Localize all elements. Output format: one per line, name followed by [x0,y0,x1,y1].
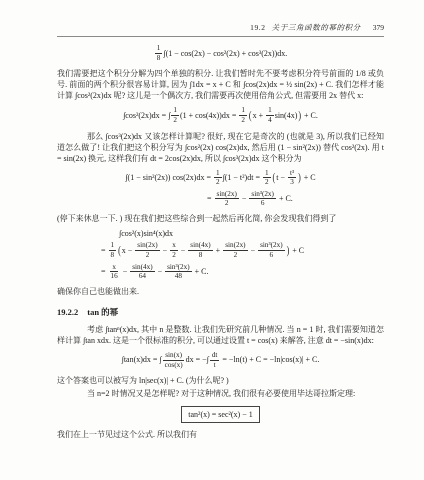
fraction: sin(4x)64 [130,263,154,281]
paragraph-cos-cubed: 那么 ∫cos³(2x)dx 又该怎样计算呢? 很好, 现在它是奇次的 (也就是… [57,131,384,164]
fraction: 12 [263,169,271,187]
math-text: + [214,246,223,255]
section-heading-title: tan 的幂 [87,307,118,318]
equation-tan-integral: ∫tan(x)dx = ∫ sin(x)cos(x) dx = −∫ dtt =… [57,351,384,369]
fraction: dtt [210,351,220,369]
equation-substitution-line2: = sin(2x)2 − sin³(2x)6 + C. [57,190,384,208]
math-text: t − [276,173,287,182]
math-text: ∫(1 − sin²(2x)) cos(2x)dx = [125,173,213,182]
math-text: − [179,246,188,255]
fraction: 14 [266,106,274,124]
section-heading: 19.2.2 tan 的幂 [57,307,384,318]
running-head: 19.2关于三角函数的幂的积分 [250,22,361,33]
boxed-formula-wrap: tan²(x) = sec²(x) − 1 [57,406,384,423]
equation-substitution-block: ∫(1 − sin²(2x)) cos(2x)dx = 12 ∫(1 − t²)… [57,169,384,209]
right-paren: ) [298,171,301,185]
math-text: ∫(1 − cos(2x) − cos²(2x) + cos³(2x))dx. [163,49,287,58]
math-text: dx = −∫ [186,355,209,364]
paragraph-closing: 我们在上一节见过这个公式. 所以我们有 [57,429,384,440]
math-text: + C [290,246,304,255]
math-text: + C. [302,111,318,120]
page-number: 379 [373,22,384,33]
book-page: 19.2关于三角函数的幂的积分 379 18 ∫(1 − cos(2x) − c… [0,0,424,480]
running-head-title: 关于三角函数的幂的积分 [272,23,361,32]
math-text: (1 + cos(4x))dx = [180,111,238,120]
fraction: sin³(2x)48 [165,263,192,281]
fraction: 18 [155,44,163,62]
fraction: sin(2x)2 [223,241,247,259]
fraction: sin(2x)2 [215,190,239,208]
equation-combined-line2: = 18 ( x − sin(2x)2 − x2 − sin(4x)8 + si… [57,241,384,259]
fraction: x2 [170,241,178,259]
math-text: = [207,194,214,203]
paragraph-make-sure: 确保你自己也能做出来. [57,286,384,297]
boxed-formula: tan²(x) = sec²(x) − 1 [181,406,259,423]
fraction: 12 [171,106,179,124]
math-text: − [249,246,258,255]
math-text: ∫(1 − t²)dt = [223,173,262,182]
math-text: − [240,194,249,203]
paragraph-n2-case: 当 n=2 时情况又是怎样呢? 对于这种情况, 我们很有必要使用毕达哥拉斯定理: [57,388,384,399]
equation-combined-block: ∫cos²(x)sin⁴(x)dx = 18 ( x − sin(2x)2 − … [57,229,384,281]
fraction: t³3 [288,169,296,187]
fraction: sin(2x)2 [135,241,159,259]
fraction: sin³(2x)6 [258,241,285,259]
equation-substitution-line1: ∫(1 − sin²(2x)) cos(2x)dx = 12 ∫(1 − t²)… [57,169,384,187]
math-text: − [156,267,165,276]
math-text: − [161,246,170,255]
math-text: = [101,267,108,276]
fraction: sin(4x)8 [188,241,212,259]
running-head-section-number: 19.2 [250,23,266,32]
fraction: 18 [109,241,117,259]
fraction: 12 [239,106,247,124]
left-paren: ( [273,171,276,185]
fraction: 12 [214,169,222,187]
paragraph-decompose: 我们需要把这个积分分解为四个单独的积分. 让我们暂时先不要考虑积分符号前面的 1… [57,68,384,101]
equation-combined-line1: ∫cos²(x)sin⁴(x)dx [57,229,384,238]
left-paren: ( [249,109,252,123]
page-header: 19.2关于三角函数的幂的积分 379 [57,22,384,37]
equation-combined-line3: = x16 − sin(4x)64 − sin³(2x)48 + C. [57,263,384,281]
paragraph-sec-answer: 这个答案也可以被写为 ln|sec(x)| + C. (为什么呢? ) [57,375,384,386]
math-text: x − [122,246,135,255]
page-content: 19.2关于三角函数的幂的积分 379 18 ∫(1 − cos(2x) − c… [57,22,384,442]
equation-split-integral: 18 ∫(1 − cos(2x) − cos²(2x) + cos³(2x))d… [57,44,384,62]
math-text: = −ln(t) + C = −ln|cos(x)| + C. [220,355,319,364]
math-text: x + [253,111,266,120]
math-text: − [121,267,130,276]
math-text: + C. [193,267,209,276]
math-text: ∫cos²(2x)dx = ∫ [123,111,170,120]
right-paren: ) [287,244,290,258]
paragraph-tan-intro: 考虑 ∫tanⁿ(x)dx, 其中 n 是整数. 让我们先研究前几种情况. 当 … [57,324,384,346]
math-text: + C. [277,194,293,203]
fraction: sin(x)cos(x) [163,351,185,369]
left-paren: ( [118,244,121,258]
math-text: sin(4x) [275,111,298,120]
fraction: sin³(2x)6 [249,190,276,208]
math-text: ∫tan(x)dx = ∫ [122,355,162,364]
equation-cos-squared: ∫cos²(2x)dx = ∫ 12 (1 + cos(4x))dx = 12 … [57,106,384,124]
math-text: ∫cos²(x)sin⁴(x)dx [119,229,173,238]
right-paren: ) [298,109,301,123]
math-text: = [101,246,108,255]
paragraph-rest: (停下来休息一下. ) 现在我们把这些综合到一起然后再化简, 你会发现我们得到了 [57,213,384,224]
math-text: + C [302,173,316,182]
section-heading-number: 19.2.2 [57,307,78,318]
fraction: x16 [109,263,120,281]
